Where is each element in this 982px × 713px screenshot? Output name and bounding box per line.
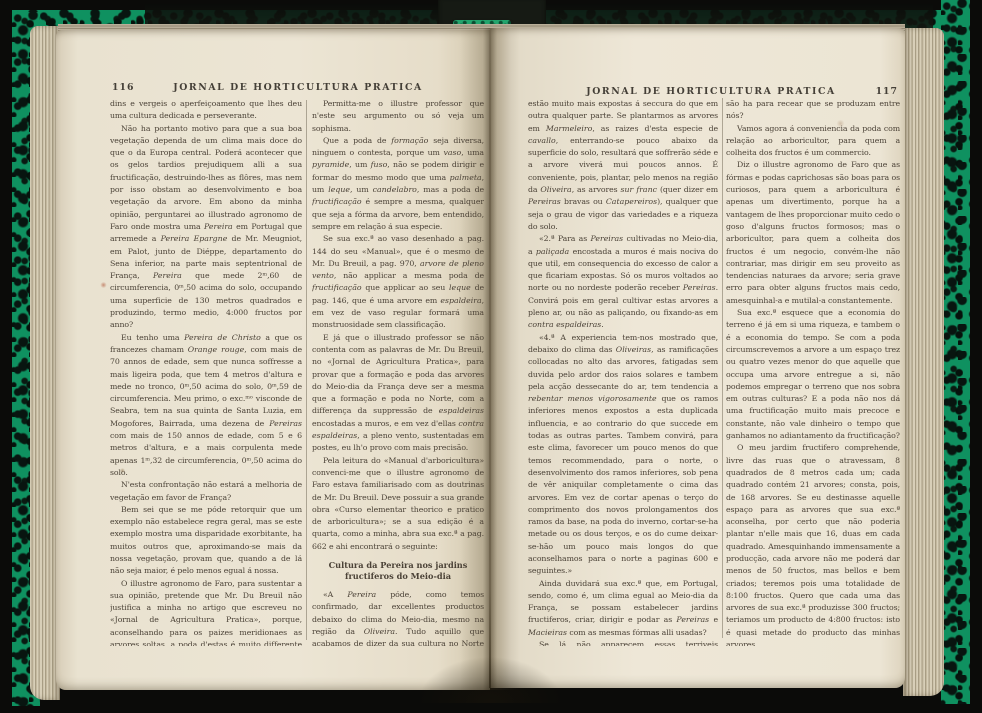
text-column-117-2: são ha para recear que se produzam entre…: [726, 98, 900, 646]
paragraph: dins e vergeis o aperfeiçoamento que lhe…: [110, 98, 302, 123]
paragraph: O meu jardim fructifero comprehende, liv…: [726, 442, 900, 646]
paragraph: Bem sei que se me póde retorquir que um …: [110, 504, 302, 578]
marbled-cover-right: [941, 0, 970, 704]
paragraph: Eu tenho uma Pereira de Christo a que os…: [110, 332, 302, 480]
paragraph: Que a poda de formação seja diversa, nin…: [312, 135, 484, 233]
column-divider: [722, 98, 723, 638]
paragraph: N'esta confrontação não estará a melhori…: [110, 479, 302, 504]
paragraph: Vamos agora á conveniencia da poda com r…: [726, 123, 900, 160]
paragraph: «4.ª A experiencia tem-nos mostrado que,…: [528, 332, 718, 578]
paragraph: Sua exc.ª esquece que a economia do terr…: [726, 307, 900, 442]
page-number-116: 116: [112, 82, 134, 93]
text-column-116-2: Permitta-me o illustre professor que n'e…: [312, 98, 484, 646]
page-edges-right: [903, 28, 944, 696]
running-head-title: JORNAL DE HORTICULTURA PRATICA: [173, 82, 423, 93]
paragraph: são ha para recear que se produzam entre…: [726, 98, 900, 123]
paragraph: Não ha portanto motivo para que a sua bo…: [110, 123, 302, 332]
paragraph: O illustre agronomo de Faro, para susten…: [110, 578, 302, 646]
paragraph: E já que o illustrado professor se não c…: [312, 332, 484, 455]
section-heading: Cultura da Pereira nos jardins fructifer…: [318, 560, 478, 583]
paragraph: «2.ª Para as Pereiras cultivadas no Meio…: [528, 233, 718, 331]
paragraph: Diz o illustre agronomo de Faro que as f…: [726, 159, 900, 307]
text-column-116-1: dins e vergeis o aperfeiçoamento que lhe…: [110, 98, 302, 646]
page-number-117: 117: [876, 86, 898, 97]
text-column-117-1: estão muito mais expostas á seccura do q…: [528, 98, 718, 646]
running-head-title: JORNAL DE HORTICULTURA PRATICA: [586, 86, 836, 97]
open-book-scan: 116 JORNAL DE HORTICULTURA PRATICA dins …: [0, 0, 982, 713]
running-head-left: 116 JORNAL DE HORTICULTURA PRATICA: [110, 82, 486, 96]
gutter-seam: [489, 30, 491, 688]
paragraph: «A Pereira póde, como temos confirmado, …: [312, 589, 484, 646]
paragraph: Se lá não apparecem essas terriveis prot…: [528, 639, 718, 646]
paragraph: estão muito mais expostas á seccura do q…: [528, 98, 718, 233]
paragraph: Permitta-me o illustre professor que n'e…: [312, 98, 484, 135]
page-116: 116 JORNAL DE HORTICULTURA PRATICA dins …: [56, 30, 490, 690]
paragraph: Pela leitura do «Manual d'arboricultura»…: [312, 455, 484, 553]
paragraph: Ainda duvidará sua exc.ª que, em Portuga…: [528, 578, 718, 639]
paragraph: Se sua exc.ª ao vaso desenhado a pag. 14…: [312, 233, 484, 331]
column-divider: [306, 100, 307, 640]
page-117: JORNAL DE HORTICULTURA PRATICA 117 estão…: [490, 28, 905, 688]
